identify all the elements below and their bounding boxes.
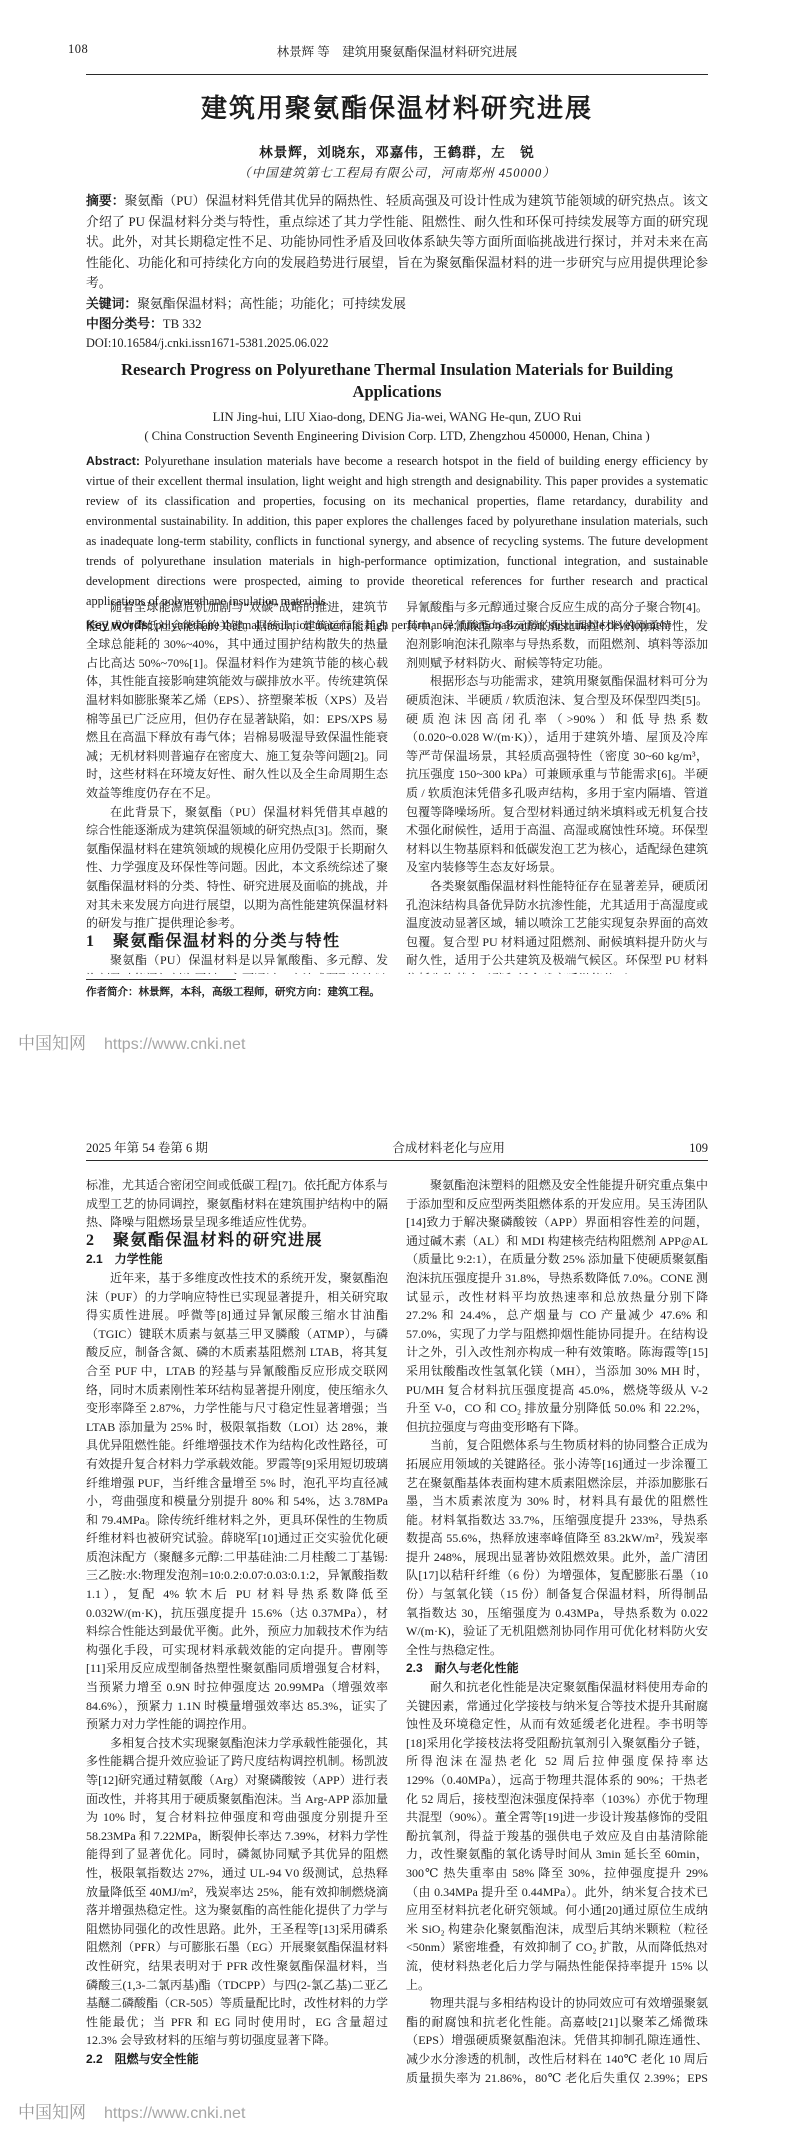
body-paragraph: 聚氨酯（PU）保温材料是以异氰酸酯、多元醇、发泡剂及功能添加剂为原料，主要通过一… [86,951,388,974]
body-paragraph: 异氰酸酯与多元醇通过聚合反应生成的高分子聚合物[4]。其中，异氰酸酯与多元醇的配… [406,598,708,672]
page1-right-column: 异氰酸酯与多元醇通过聚合反应生成的高分子聚合物[4]。其中，异氰酸酯与多元醇的配… [406,598,708,974]
abstract-en: Abstract: Polyurethane insulation materi… [86,451,708,611]
cnki-url: https://www.cnki.net [104,1036,245,1053]
subsection-heading-2-2: 2.2 阻燃与安全性能 [86,2050,388,2069]
page2-page-number: 109 [689,1141,708,1156]
keywords-text: 聚氨酯保温材料；高性能；功能化；可持续发展 [137,297,406,311]
english-authors: LIN Jing-hui, LIU Xiao-dong, DENG Jia-we… [86,407,708,427]
body-paragraph: 耐久和抗老化性能是决定聚氨酯保温材料使用寿命的关键因素，常通过化学接枝与纳米复合… [406,1678,708,1994]
cnki-watermark: 中国知网https://www.cnki.net [18,1029,245,1054]
page2-issue: 2025 年第 54 卷第 6 期 [86,1138,208,1156]
abstract-text: 聚氨酯（PU）保温材料凭借其优异的隔热性、轻质高强及可设计性成为建筑节能领域的研… [86,194,708,290]
footnote-text: 作者简介：林景辉，本科，高级工程师，研究方向：建筑工程。 [86,985,446,1000]
page2-running-head: 2025 年第 54 卷第 6 期 合成材料老化与应用 109 [86,1138,708,1156]
keywords-cn: 关键词：聚氨酯保温材料；高性能；功能化；可持续发展 [86,294,708,314]
footnote-rule [86,979,236,980]
page2-body-columns: 标准，尤其适合密闭空间或低碳工程[7]。依托配方体系与成型工艺的协同调控，聚氨酯… [86,1176,708,2088]
author-footnote: 作者简介：林景辉，本科，高级工程师，研究方向：建筑工程。 [86,979,446,1000]
body-paragraph: 当前，复合阻燃体系与生物质材料的协同整合正成为拓展应用领域的关键路径。张小涛等[… [406,1436,708,1659]
page1-header-rule [86,74,708,75]
body-paragraph: 近年来，基于多维度改性技术的系统开发，聚氨酯泡沫（PUF）的力学响应特性已实现显… [86,1269,388,1734]
article-title: 建筑用聚氨酯保温材料研究进展 [86,88,708,125]
cnki-brand: 中国知网 [18,2103,86,2122]
abstract-en-label: Abstract: [86,454,140,468]
abstract-en-text: Polyurethane insulation materials have b… [86,454,708,608]
affiliation-line: （中国建筑第七工程局有限公司，河南郑州 450000） [86,163,708,181]
body-paragraph: 物理共混与多相结构设计的协同效应可有效增强聚氨酯的耐腐蚀和抗老化性能。高嘉岐[2… [406,1994,708,2088]
english-title: Research Progress on Polyurethane Therma… [86,359,708,403]
cnki-watermark: 中国知网https://www.cnki.net [18,2098,245,2123]
clc-label: 中图分类号： [86,316,163,331]
page2-journal-title: 合成材料老化与应用 [392,1138,505,1156]
page1-body-columns: 随着全球能源危机加剧与“双碳”战略的推进，建筑节能已成为降低社会能耗的关键。据统… [86,598,708,974]
body-paragraph: 标准，尤其适合密闭空间或低碳工程[7]。依托配方体系与成型工艺的协同调控，聚氨酯… [86,1176,388,1232]
body-paragraph: 聚氨酯泡沫塑料的阻燃及安全性能提升研究重点集中于添加型和反应型两类阻燃体系的开发… [406,1176,708,1436]
keywords-label: 关键词： [86,296,137,311]
page2-header-rule [86,1160,708,1161]
page1-left-column: 随着全球能源危机加剧与“双碳”战略的推进，建筑节能已成为降低社会能耗的关键。据统… [86,598,388,974]
clc-line: 中图分类号：TB 332 [86,314,708,334]
section-heading-1: 1 聚氨酯保温材料的分类与特性 [86,933,388,952]
front-matter: 摘要：聚氨酯（PU）保温材料凭借其优异的隔热性、轻质高强及可设计性成为建筑节能领… [86,191,708,635]
cnki-brand: 中国知网 [18,1034,86,1053]
body-paragraph: 各类聚氨酯保温材料性能特征存在显著差异，硬质闭孔泡沫结构具备优异防水抗渗性能，尤… [406,877,708,974]
abstract-cn: 摘要：聚氨酯（PU）保温材料凭借其优异的隔热性、轻质高强及可设计性成为建筑节能领… [86,191,708,294]
section-heading-2: 2 聚氨酯保温材料的研究进展 [86,1232,388,1251]
cnki-url: https://www.cnki.net [104,2105,245,2122]
body-paragraph: 根据形态与功能需求，建筑用聚氨酯保温材料可分为硬质泡沫、半硬质 / 软质泡沫、复… [406,672,708,877]
page1-page-number: 108 [68,42,88,57]
page1-running-head: 108 林景辉 等 建筑用聚氨酯保温材料研究进展 [86,42,708,60]
english-affiliation: ( China Construction Seventh Engineering… [86,427,708,446]
subsection-heading-2-1: 2.1 力学性能 [86,1250,388,1269]
page2-right-column: 聚氨酯泡沫塑料的阻燃及安全性能提升研究重点集中于添加型和反应型两类阻燃体系的开发… [406,1176,708,2088]
subsection-heading-2-3: 2.3 耐久与老化性能 [406,1659,708,1678]
page1-running-title: 林景辉 等 建筑用聚氨酯保温材料研究进展 [86,42,708,60]
body-paragraph: 随着全球能源危机加剧与“双碳”战略的推进，建筑节能已成为降低社会能耗的关键。据统… [86,598,388,803]
abstract-label: 摘要： [86,193,125,208]
body-paragraph: 在此背景下，聚氨酯（PU）保温材料凭借其卓越的综合性能逐渐成为建筑保温领域的研究… [86,803,388,933]
body-paragraph: 多相复合技术实现聚氨酯泡沫力学承载性能强化，其多性能耦合提升效应验证了跨尺度结构… [86,1734,388,2050]
doi-line: DOI:10.16584/j.cnki.issn1671-5381.2025.0… [86,334,708,353]
clc-value: TB 332 [163,317,202,331]
authors-line: 林景辉，刘晓东，邓嘉伟，王鹤群，左 锐 [86,141,708,161]
page2-left-column: 标准，尤其适合密闭空间或低碳工程[7]。依托配方体系与成型工艺的协同调控，聚氨酯… [86,1176,388,2088]
